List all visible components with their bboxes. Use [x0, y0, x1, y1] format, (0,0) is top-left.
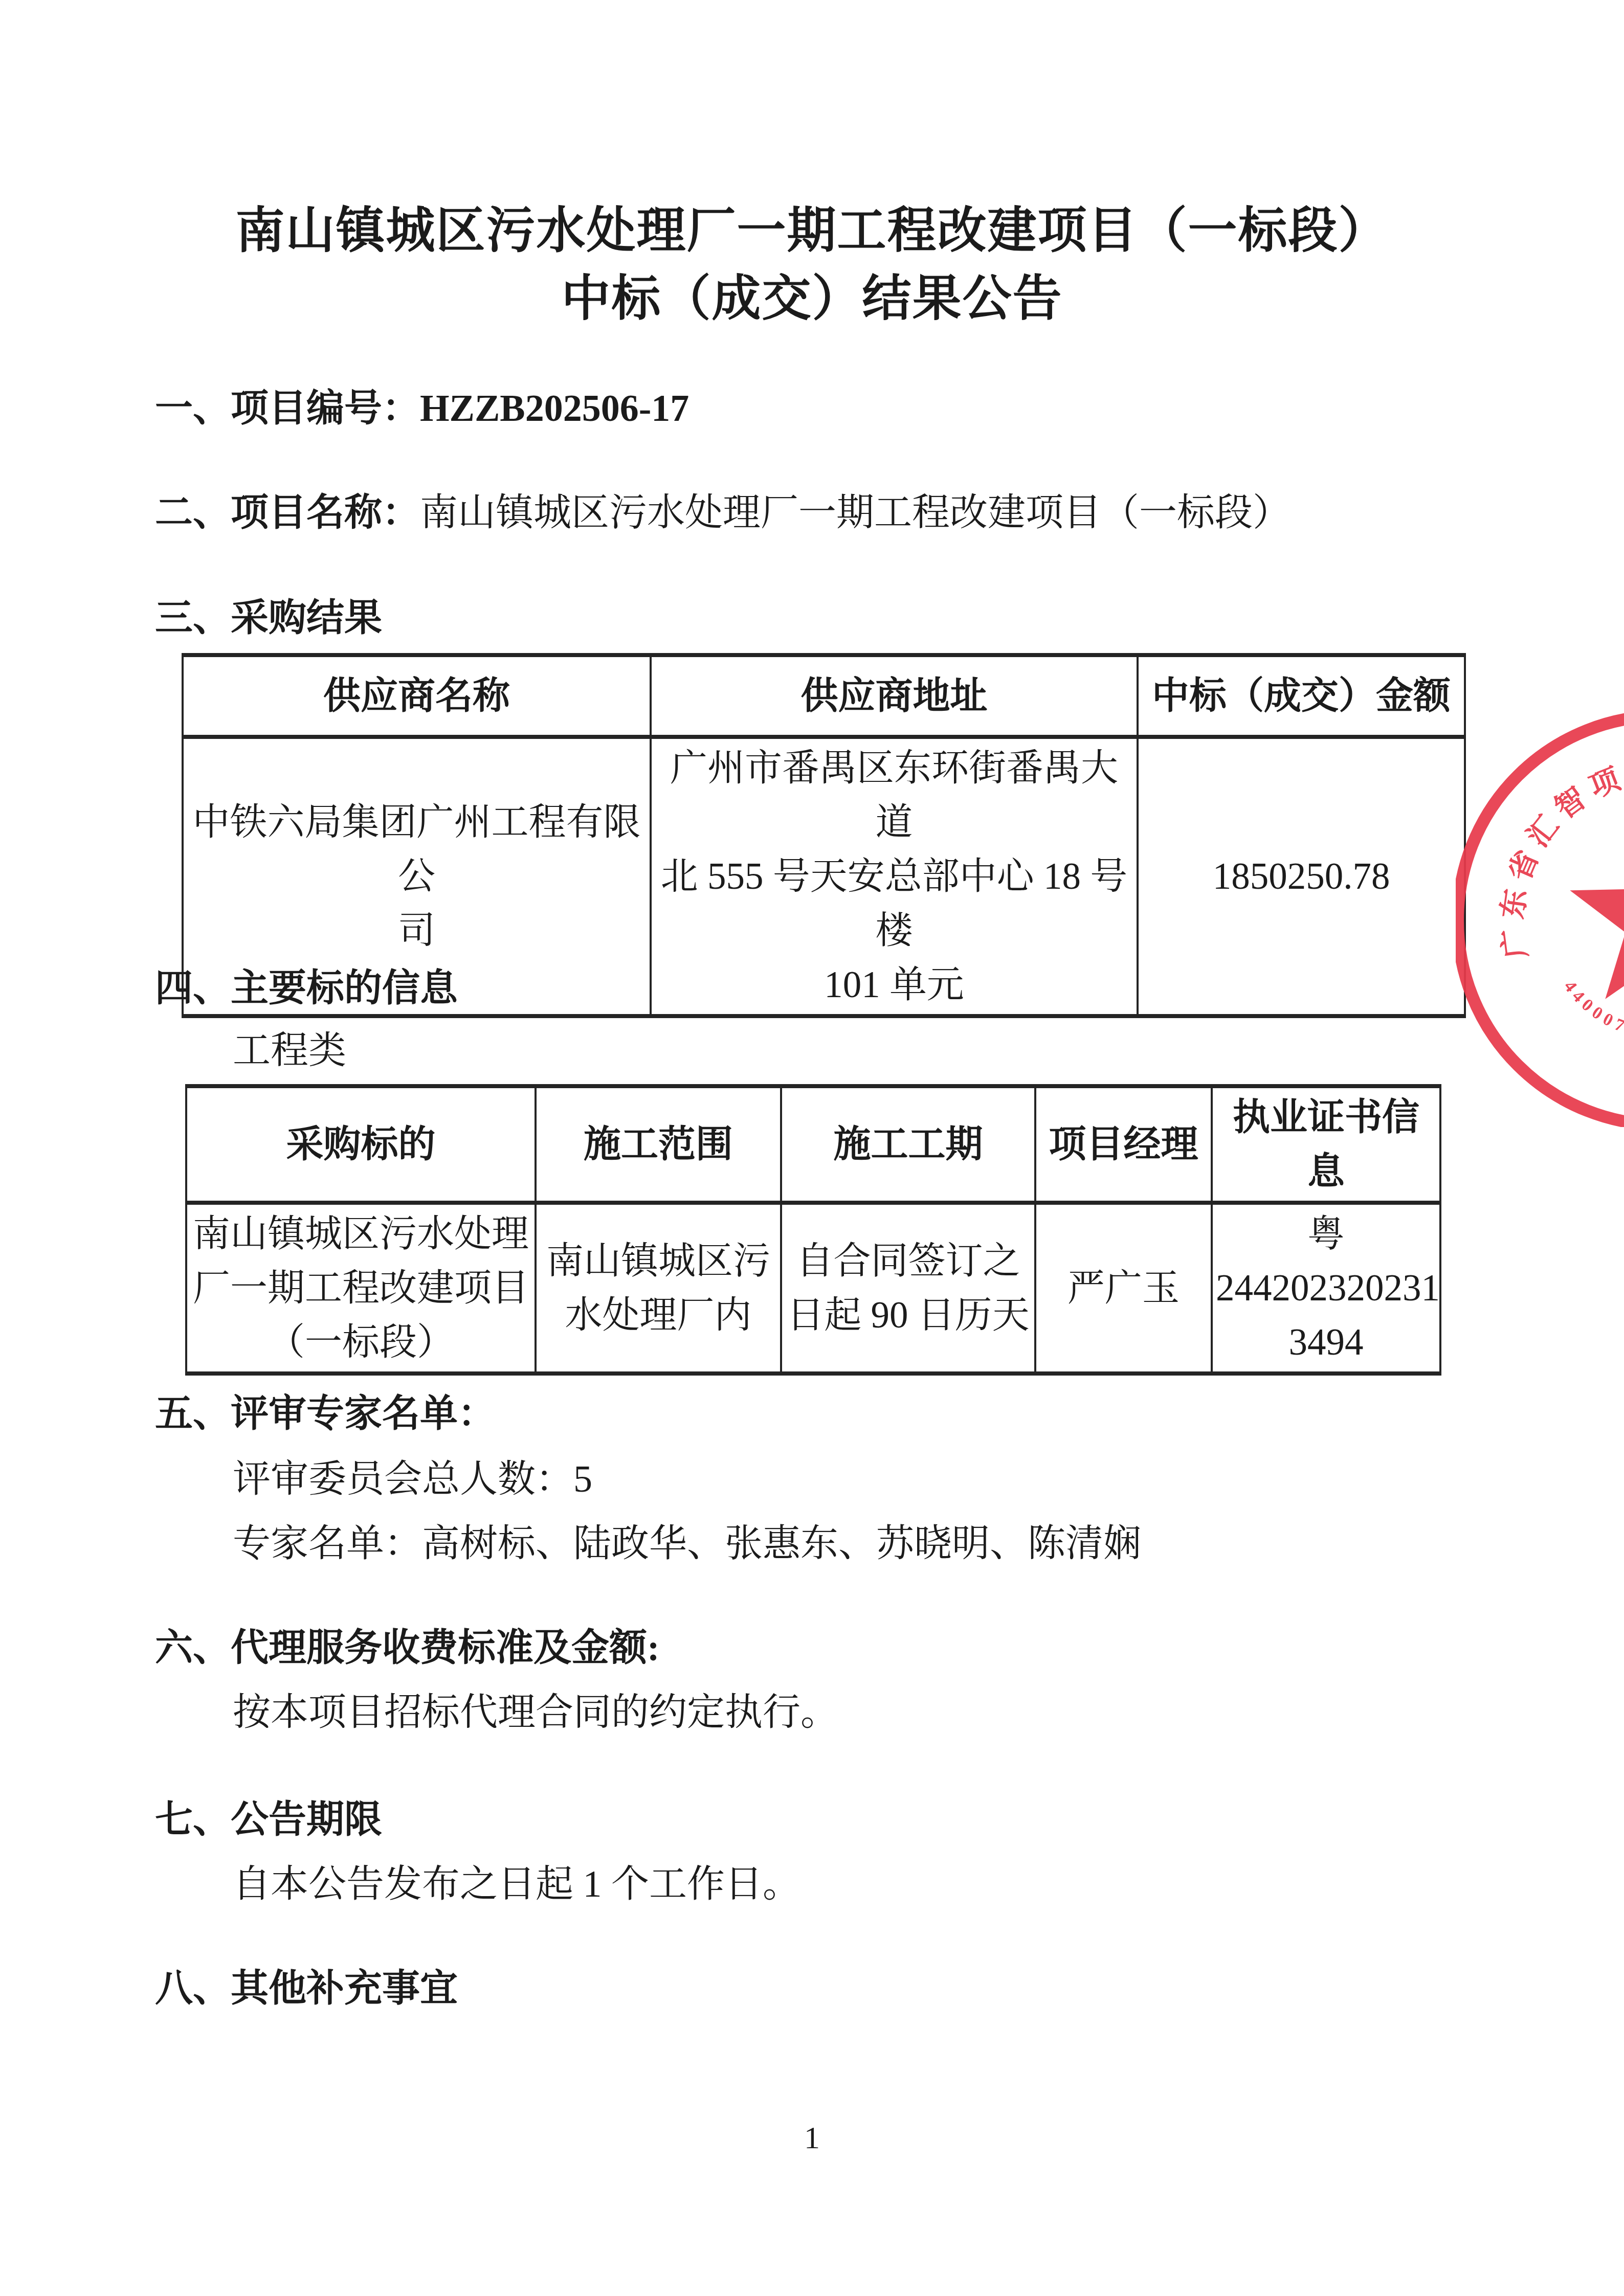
procurement-table-header-row: 供应商名称 供应商地址 中标（成交）金额 — [183, 655, 1465, 737]
page-number: 1 — [0, 2120, 1624, 2156]
header-supplier-name: 供应商名称 — [183, 655, 651, 737]
subject-category-label: 工程类 — [233, 1029, 346, 1073]
cell-supplier-address: 广州市番禺区东环街番禺大道 北 555 号天安总部中心 18 号楼 101 单元 — [651, 737, 1138, 1016]
subject-table-row: 南山镇城区污水处理 厂一期工程改建项目 （一标段） 南山镇城区污 水处理厂内 自… — [186, 1203, 1440, 1374]
agency-fee-content: 按本项目招标代理合同的约定执行。 — [233, 1691, 838, 1735]
project-name-value: 南山镇城区污水处理厂一期工程改建项目（一标段） — [420, 492, 1291, 534]
expert-committee-count: 评审委员会总人数：5 — [233, 1457, 592, 1501]
cell-award-amount: 1850250.78 — [1138, 737, 1465, 1016]
subject-table-header-row: 采购标的 施工范围 施工工期 项目经理 执业证书信息 — [186, 1086, 1440, 1203]
section-announcement-period-heading: 七、公告期限 — [155, 1798, 382, 1842]
project-number-label: 一、项目编号： — [155, 388, 420, 430]
section-procurement-result-heading: 三、采购结果 — [155, 596, 382, 640]
cell-construction-scope: 南山镇城区污 水处理厂内 — [536, 1203, 781, 1374]
document-title-line2: 中标（成交）结果公告 — [0, 264, 1624, 332]
cell-project-manager: 严广玉 — [1035, 1203, 1212, 1374]
section-subject-info-heading: 四、主要标的信息 — [155, 966, 458, 1010]
announcement-period-content: 自本公告发布之日起 1 个工作日。 — [233, 1862, 800, 1906]
stamp-code-text: 4400070 — [1560, 977, 1624, 1041]
header-construction-scope: 施工范围 — [536, 1086, 781, 1203]
header-procurement-subject: 采购标的 — [186, 1086, 536, 1203]
cell-certificate-info: 粤 244202320231 3494 — [1212, 1203, 1440, 1374]
header-project-manager: 项目经理 — [1035, 1086, 1212, 1203]
section-project-name: 二、项目名称：南山镇城区污水处理厂一期工程改建项目（一标段） — [155, 491, 1291, 535]
header-certificate-info: 执业证书信息 — [1212, 1086, 1440, 1203]
header-award-amount: 中标（成交）金额 — [1138, 655, 1465, 737]
document-title: 南山镇城区污水处理厂一期工程改建项目（一标段） 中标（成交）结果公告 — [0, 196, 1624, 332]
project-name-label: 二、项目名称： — [155, 492, 420, 534]
official-stamp: 广东省汇智项目 4400070 — [1456, 713, 1624, 1127]
section-expert-list-heading: 五、评审专家名单： — [155, 1392, 496, 1436]
document-title-line1: 南山镇城区污水处理厂一期工程改建项目（一标段） — [0, 196, 1624, 264]
section-agency-fee-heading: 六、代理服务收费标准及金额: — [155, 1626, 660, 1670]
section-project-number: 一、项目编号：HZZB202506-17 — [155, 387, 689, 431]
procurement-result-table: 供应商名称 供应商地址 中标（成交）金额 中铁六局集团广州工程有限公 司 广州市… — [182, 653, 1466, 1018]
cell-construction-period: 自合同签订之 日起 90 日历天 — [781, 1203, 1035, 1374]
project-number-value: HZZB202506-17 — [420, 388, 689, 430]
subject-info-table: 采购标的 施工范围 施工工期 项目经理 执业证书信息 南山镇城区污水处理 厂一期… — [185, 1084, 1441, 1376]
stamp-ring-circle — [1458, 716, 1624, 1125]
cell-procurement-subject: 南山镇城区污水处理 厂一期工程改建项目 （一标段） — [186, 1203, 536, 1374]
document-page: 南山镇城区污水处理厂一期工程改建项目（一标段） 中标（成交）结果公告 一、项目编… — [0, 0, 1624, 2296]
header-construction-period: 施工工期 — [781, 1086, 1035, 1203]
header-supplier-address: 供应商地址 — [651, 655, 1138, 737]
stamp-star-icon — [1570, 823, 1624, 999]
stamp-ring-text: 广东省汇智项目 — [1496, 754, 1624, 960]
expert-name-list: 专家名单：高树标、陆政华、张惠东、苏晓明、陈清娴 — [233, 1522, 1141, 1566]
section-other-matters-heading: 八、其他补充事宜 — [155, 1967, 458, 2011]
